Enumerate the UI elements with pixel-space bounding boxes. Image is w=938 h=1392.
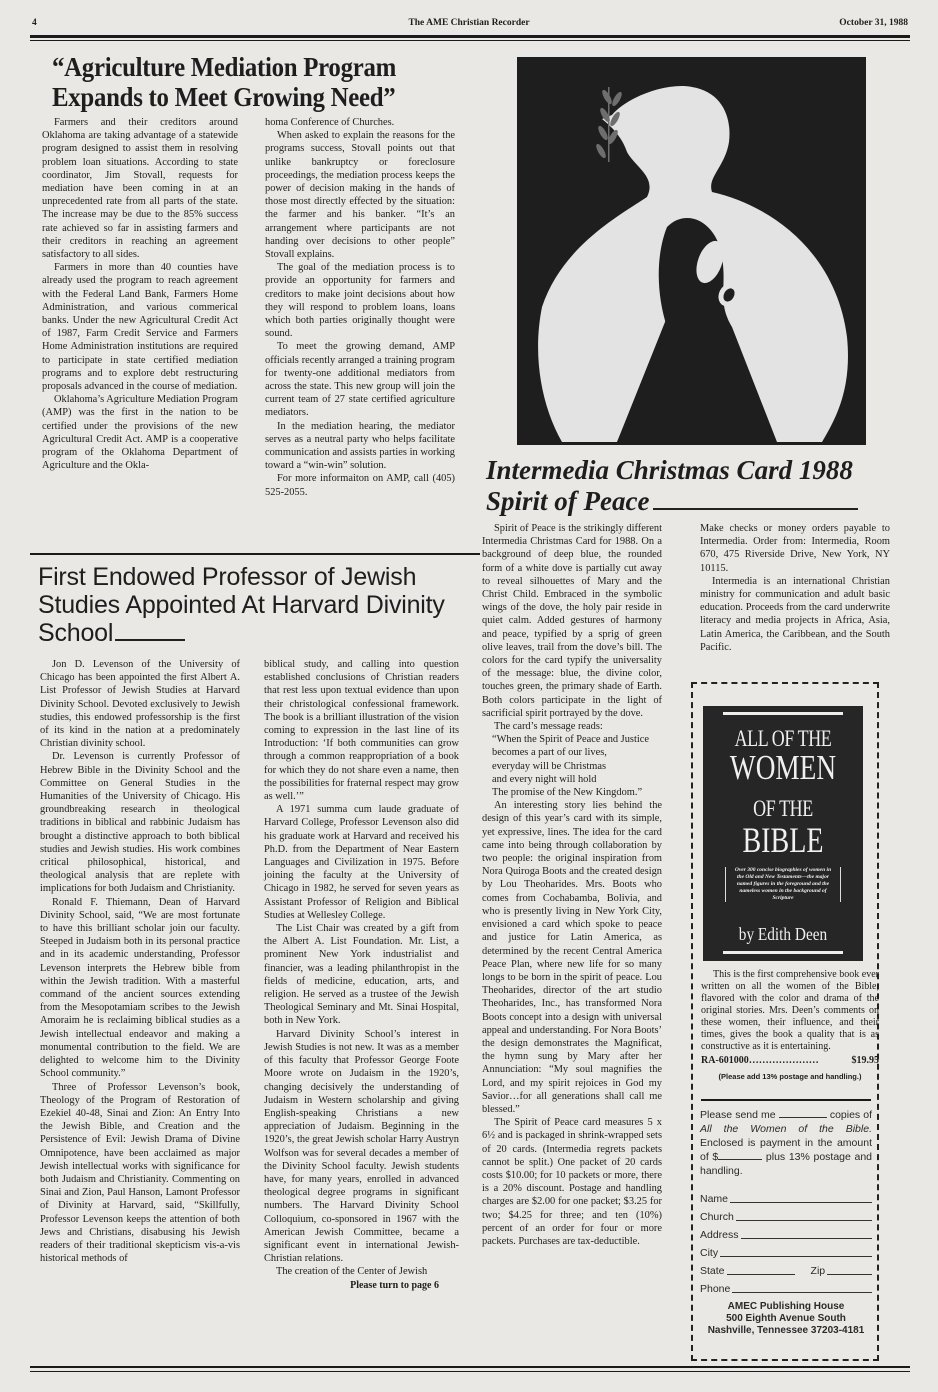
paragraph: Farmers and their creditors around Oklah…	[42, 116, 238, 261]
paragraph: A 1971 summa cum laude graduate of Harva…	[264, 803, 459, 922]
paragraph: An interesting story lies behind the des…	[482, 799, 662, 1116]
coupon-divider	[701, 1099, 871, 1101]
field-label: City	[700, 1246, 718, 1260]
state-zip-field[interactable]: StateZip	[700, 1260, 872, 1278]
church-field[interactable]: Church	[700, 1206, 872, 1224]
field-label: Address	[700, 1228, 739, 1242]
church-input[interactable]	[736, 1220, 872, 1221]
paragraph: Intermedia is an international Christian…	[700, 575, 890, 654]
field-label: Church	[700, 1210, 734, 1224]
section-divider	[30, 553, 480, 555]
continued-link[interactable]: Please turn to page 6	[264, 1279, 459, 1292]
order-text: plus 13% postage and handling.	[700, 1151, 872, 1177]
headline-rule	[115, 639, 185, 641]
field-label: State	[700, 1264, 725, 1278]
field-label: Zip	[811, 1264, 826, 1278]
harvard-column-2: biblical study, and calling into questio…	[264, 658, 459, 1292]
sku: RA-601000	[701, 1055, 749, 1067]
footer-rule	[30, 1366, 910, 1368]
paragraph: homa Conference of Churches.	[265, 116, 455, 129]
book-description: This is the first comprehensive book eve…	[701, 969, 879, 1083]
name-field[interactable]: Name	[700, 1188, 872, 1206]
masthead: 4 The AME Christian Recorder October 31,…	[30, 18, 908, 32]
issue-date: October 31, 1988	[839, 18, 908, 28]
order-text: Please send me	[700, 1109, 776, 1121]
publisher-line: AMEC Publishing House	[700, 1301, 872, 1313]
city-field[interactable]: City	[700, 1242, 872, 1260]
publisher-address: AMEC Publishing House 500 Eighth Avenue …	[700, 1301, 872, 1337]
book-cover: ALL OF THE WOMEN OF THE BIBLE Over 300 c…	[703, 706, 863, 961]
paragraph: Make checks or money orders payable to I…	[700, 522, 890, 575]
book-title-line: BIBLE	[721, 821, 846, 859]
paragraph: The creation of the Center of Jewish	[264, 1265, 459, 1278]
address-input[interactable]	[741, 1238, 872, 1239]
paragraph: The List Chair was created by a gift fro…	[264, 922, 459, 1028]
paragraph: Harvard Divinity School’s interest in Je…	[264, 1028, 459, 1266]
order-book-title: All the Women of the Bible.	[700, 1123, 872, 1135]
verse-line: The promise of the New Kingdom.”	[492, 786, 662, 799]
publication-name: The AME Christian Recorder	[30, 18, 908, 28]
paragraph: The card’s message reads:	[482, 720, 662, 733]
paragraph: Jon D. Levenson of the University of Chi…	[40, 658, 240, 750]
cover-ornament	[723, 712, 843, 715]
paragraph: To meet the growing demand, AMP official…	[265, 340, 455, 419]
paragraph: The goal of the mediation process is to …	[265, 261, 455, 340]
amount-input[interactable]	[718, 1159, 762, 1160]
zip-input[interactable]	[827, 1274, 872, 1275]
verse-line: and every night will hold	[492, 773, 662, 786]
city-input[interactable]	[720, 1256, 872, 1257]
paragraph: biblical study, and calling into questio…	[264, 658, 459, 803]
phone-field[interactable]: Phone	[700, 1278, 872, 1296]
leader-dots: …………………	[749, 1055, 852, 1067]
intermedia-column-1: Spirit of Peace is the strikingly differ…	[482, 522, 662, 1248]
paragraph: The Spirit of Peace card measures 5 x 6½…	[482, 1116, 662, 1248]
verse-line: “When the Spirit of Peace and Justice be…	[492, 733, 662, 759]
copies-input[interactable]	[779, 1117, 827, 1118]
masthead-rule-thin	[30, 40, 910, 41]
cover-ornament	[723, 951, 843, 954]
intermedia-headline-line1: Intermedia Christmas Card 1988	[486, 455, 853, 485]
intermedia-headline: Intermedia Christmas Card 1988 Spirit of…	[486, 455, 916, 517]
headline-rule	[653, 508, 858, 510]
address-field[interactable]: Address	[700, 1224, 872, 1242]
postage-note: (Please add 13% postage and handling.)	[701, 1071, 879, 1083]
book-title-line: WOMEN	[721, 751, 846, 785]
card-verse: “When the Spirit of Peace and Justice be…	[482, 733, 662, 799]
price-line: RA-601000 ………………… $19.95	[701, 1055, 879, 1067]
field-label: Name	[700, 1192, 728, 1206]
paragraph: Three of Professor Levenson’s book, Theo…	[40, 1081, 240, 1266]
paragraph: Ronald F. Thiemann, Dean of Harvard Divi…	[40, 896, 240, 1081]
book-author: by Edith Deen	[715, 924, 851, 945]
phone-input[interactable]	[732, 1292, 872, 1293]
paragraph: Farmers in more than 40 counties have al…	[42, 261, 238, 393]
verse-line: everyday will be Christmas	[492, 760, 662, 773]
dove-artwork	[517, 57, 866, 445]
order-form: Please send me copies of All the Women o…	[700, 1108, 872, 1337]
order-text: copies of	[830, 1109, 872, 1121]
paragraph: In the mediation hearing, the mediator s…	[265, 420, 455, 473]
harvard-headline-text: First Endowed Professor of Jewish Studie…	[38, 563, 445, 647]
paragraph: Dr. Levenson is currently Professor of H…	[40, 750, 240, 895]
intermedia-headline-line2: Spirit of Peace	[486, 486, 649, 516]
footer-rule-thin	[30, 1371, 910, 1372]
agriculture-column-1: Farmers and their creditors around Oklah…	[42, 116, 238, 472]
paragraph: This is the first comprehensive book eve…	[701, 969, 879, 1053]
paragraph: Oklahoma’s Agriculture Mediation Program…	[42, 393, 238, 472]
paragraph: For more informaiton on AMP, call (405) …	[265, 472, 455, 498]
book-blurb: Over 300 concise biographies of women in…	[725, 867, 841, 902]
paragraph: Spirit of Peace is the strikingly differ…	[482, 522, 662, 720]
field-label: Phone	[700, 1282, 730, 1296]
dove-illustration-icon	[517, 57, 866, 445]
price: $19.95	[852, 1055, 880, 1067]
publisher-line: Nashville, Tennessee 37203-4181	[700, 1325, 872, 1337]
publisher-line: 500 Eighth Avenue South	[700, 1313, 872, 1325]
agriculture-headline: “Agriculture Mediation Program Expands t…	[52, 52, 438, 112]
agriculture-column-2: homa Conference of Churches. When asked …	[265, 116, 455, 499]
intermedia-column-2: Make checks or money orders payable to I…	[700, 522, 890, 654]
masthead-rule	[30, 35, 910, 38]
paragraph: When asked to explain the reasons for th…	[265, 129, 455, 261]
book-title-line: OF THE	[721, 797, 846, 821]
harvard-column-1: Jon D. Levenson of the University of Chi…	[40, 658, 240, 1265]
state-input[interactable]	[727, 1274, 795, 1275]
harvard-headline: First Endowed Professor of Jewish Studie…	[38, 563, 488, 647]
name-input[interactable]	[730, 1202, 872, 1203]
